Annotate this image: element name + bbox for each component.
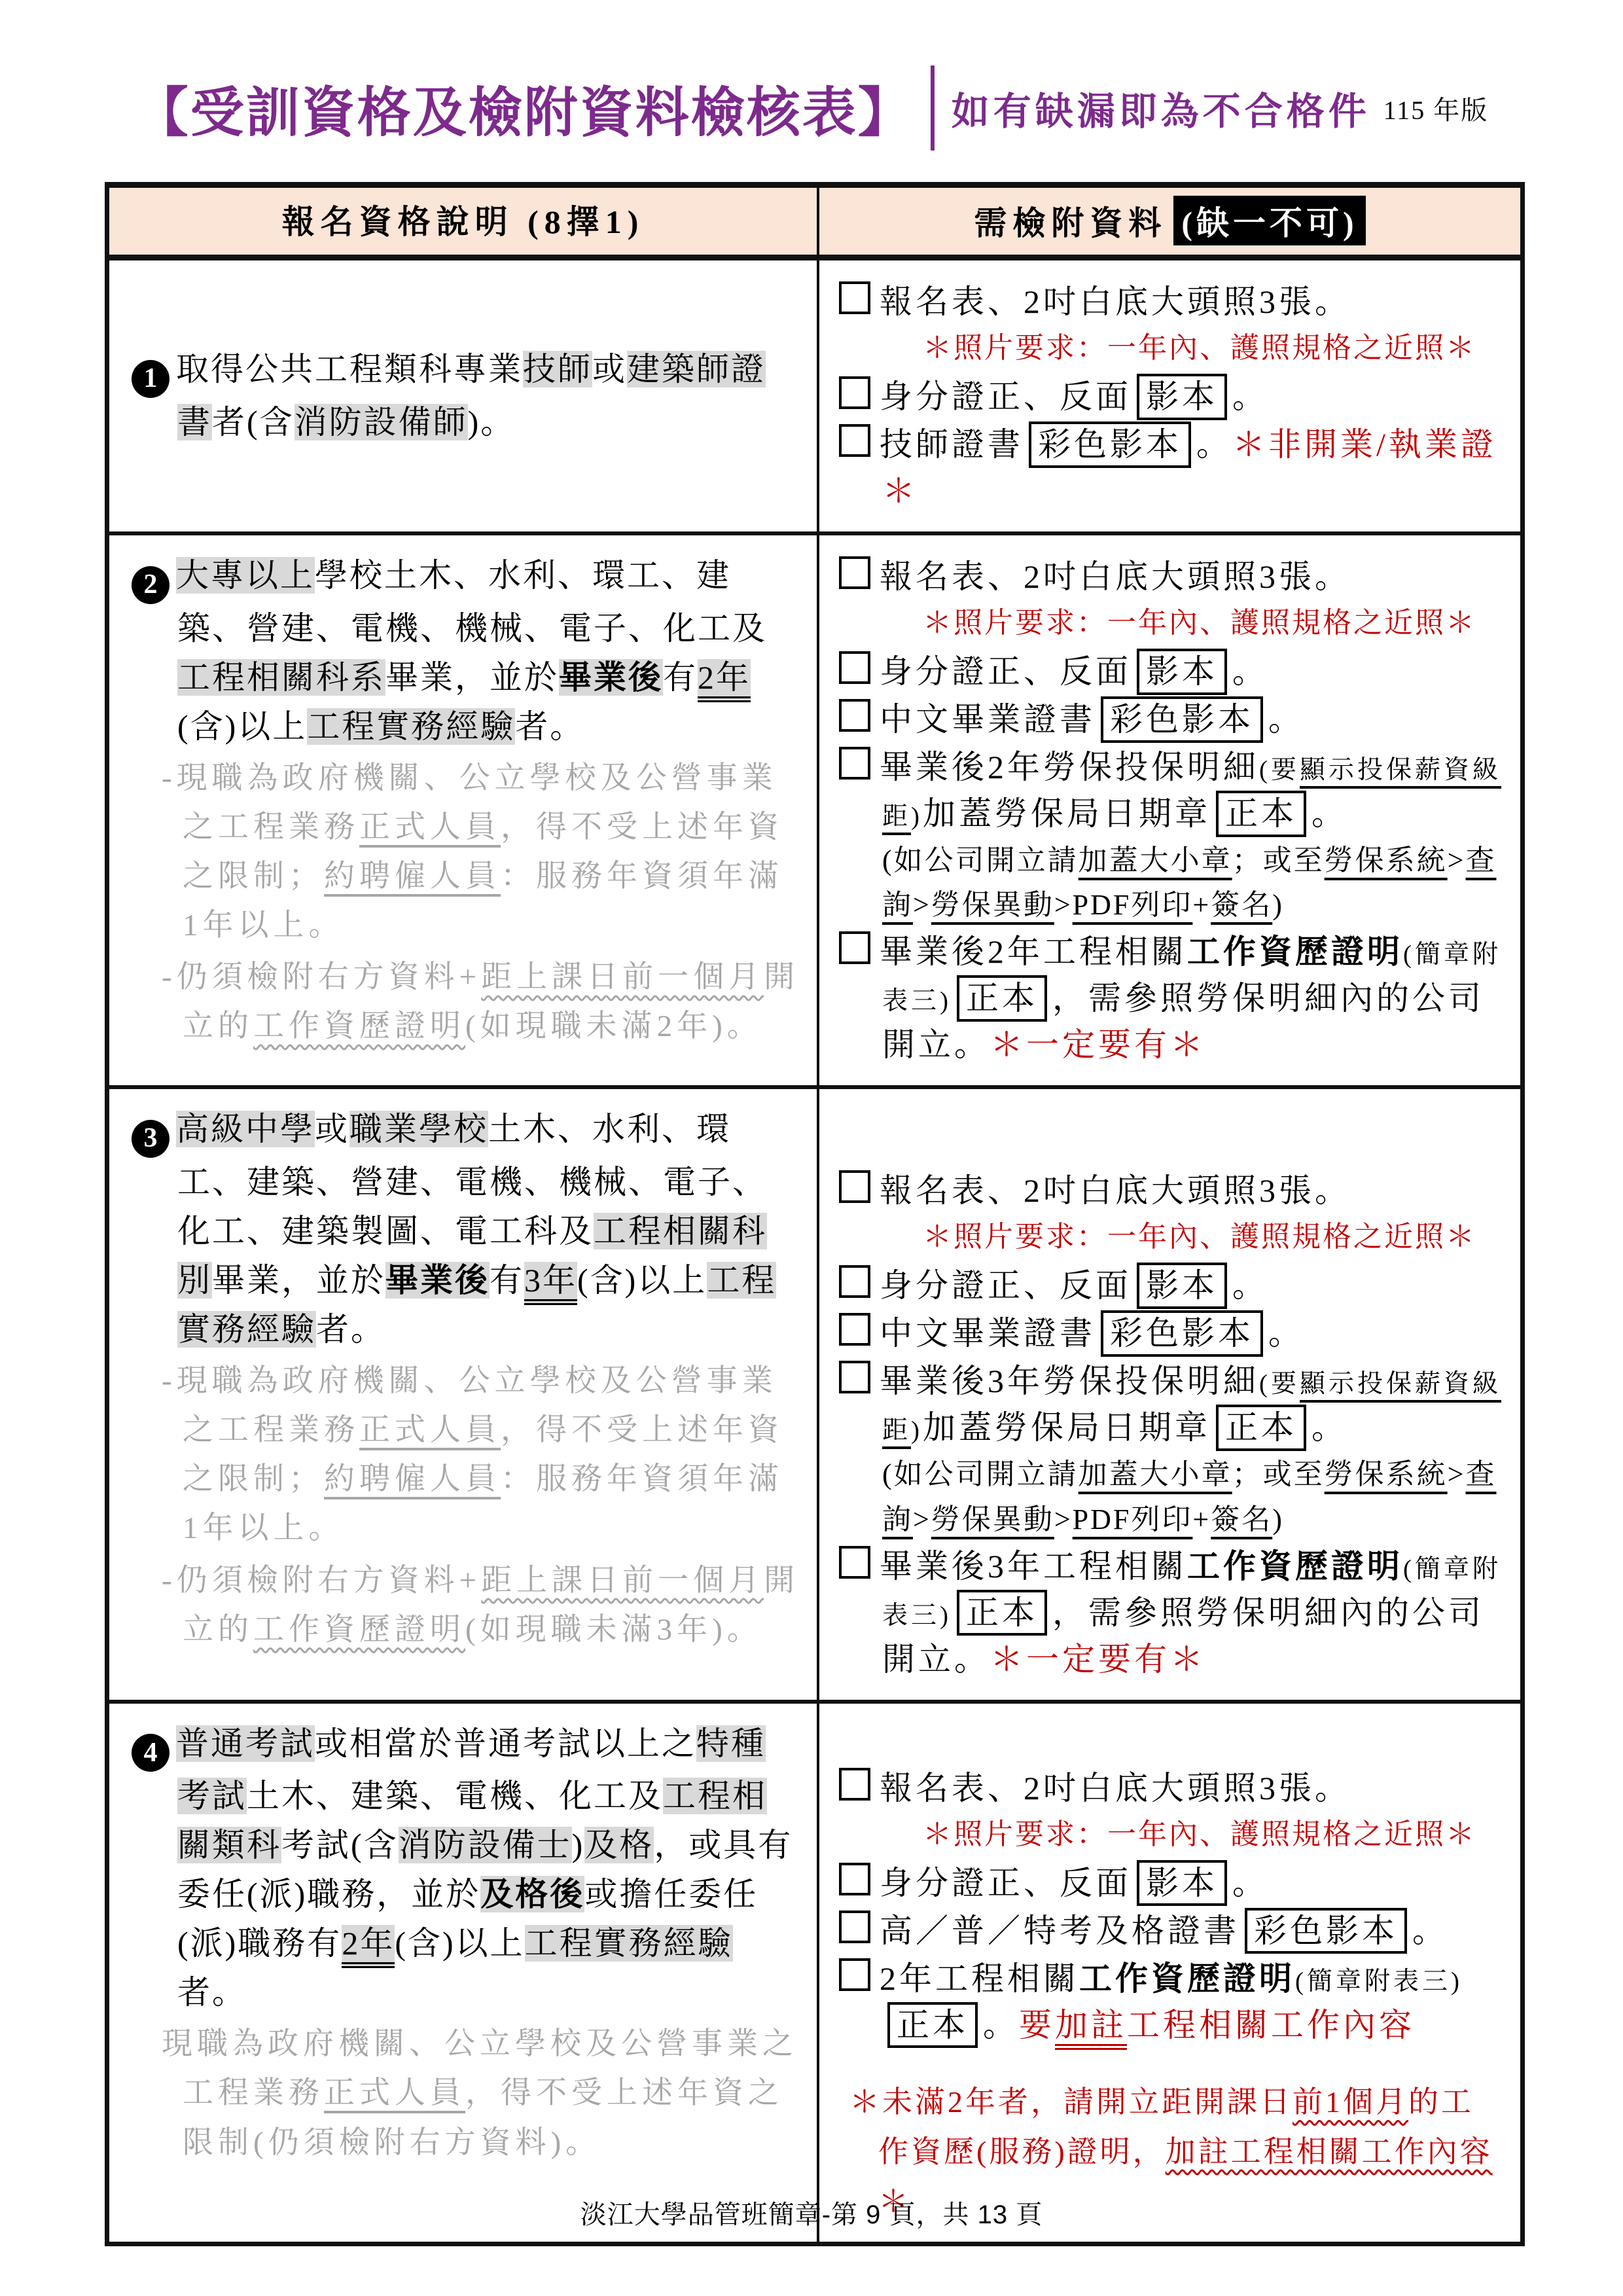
text-segment: 3年	[524, 1262, 577, 1305]
checkbox[interactable]	[839, 376, 870, 409]
text-segment: 距上課日前一個月	[481, 960, 764, 994]
item-number-badge: 4	[132, 1734, 169, 1772]
text-segment: 。	[1232, 1267, 1268, 1304]
version-label: 115 年版	[1383, 90, 1489, 127]
text-segment: 加註	[1055, 2007, 1127, 2050]
text-segment: 職業學校	[349, 1111, 488, 1147]
text-segment: )	[1272, 1503, 1284, 1535]
qualification-note: -現職為政府機關、公立學校及公營事業之工程業務正式人員，得不受上述年資之限制；約…	[132, 754, 800, 951]
text-segment: ；或至	[1232, 1458, 1325, 1490]
checkbox[interactable]	[839, 424, 870, 457]
text-segment: 彩色影本	[1245, 1908, 1407, 1954]
text-segment: 勞保異動	[931, 1503, 1054, 1535]
documents-cell: 報名表、2吋白底大頭照3張。＊照片要求：一年內、護照規格之近照＊身分證正、反面影…	[819, 1704, 1520, 2242]
photo-requirement-note: ＊照片要求：一年內、護照規格之近照＊	[839, 1813, 1503, 1856]
text-segment: (如現職未滿2年)。	[465, 1009, 762, 1043]
checkbox[interactable]	[839, 1546, 870, 1579]
text-segment: PDF列印	[1073, 889, 1193, 921]
text-segment: 勞保系統	[1325, 844, 1448, 876]
text-segment: 技師	[523, 351, 592, 387]
text-segment: 簽名	[1211, 1503, 1272, 1535]
item-number-badge: 1	[132, 360, 169, 398]
text-segment: 影本	[1137, 1263, 1227, 1309]
text-segment: (如現職未滿3年)。	[465, 1613, 762, 1647]
text-segment: 或	[315, 1111, 349, 1147]
text-segment: ；或至	[1232, 844, 1325, 876]
text-segment: 影本	[1137, 1860, 1227, 1907]
qualification-cell: 3高級中學或職業學校土木、水利、環工、建築、營建、電機、機械、電子、化工、建築製…	[109, 1089, 819, 1699]
text-segment: 2年工程相關	[880, 1960, 1079, 1997]
text-segment: (要	[1259, 1370, 1300, 1398]
text-segment: 正式人員	[359, 810, 501, 844]
text-segment: 身分證正、反面	[880, 1865, 1132, 1901]
text-segment: 畢業後	[559, 659, 663, 696]
text-segment: (如公司開立請	[882, 1458, 1079, 1490]
checkbox[interactable]	[839, 1768, 870, 1801]
text-segment: 距上課日前一個月	[481, 1564, 764, 1598]
table-header-row: 報名資格說明 (8擇1) 需檢附資料 (缺一不可)	[109, 188, 1520, 260]
text-segment: 。	[1268, 701, 1304, 738]
text-segment: 中文畢業證書	[880, 701, 1096, 738]
text-segment: ＊未滿2年者，請開立距開課日	[849, 2085, 1293, 2119]
text-segment: 影本	[1137, 649, 1227, 695]
text-segment: 畢業後2年勞保投保明細	[880, 749, 1259, 785]
text-segment: 報名表、2吋白底大頭照3張。	[880, 1770, 1351, 1806]
document-page: 【受訓資格及檢附資料檢核表】 如有缺漏即為不合格件 115 年版 報名資格說明 …	[0, 0, 1623, 2296]
text-segment: 考試(含	[281, 1827, 399, 1863]
text-segment: 工作資歷證明	[253, 1009, 465, 1043]
text-segment: 。	[1412, 1912, 1448, 1949]
text-segment: (如公司開立請	[882, 844, 1079, 876]
text-segment: 2年	[342, 1925, 395, 1968]
text-segment: 2年	[698, 659, 751, 702]
text-segment: 加蓋勞保局日期章	[923, 795, 1211, 832]
text-segment: 工程相關工作內容	[1127, 2007, 1415, 2043]
text-segment: )。	[468, 404, 516, 440]
text-segment: 加註工程相關工作內容	[1166, 2135, 1493, 2168]
documents-cell: 報名表、2吋白底大頭照3張。＊照片要求：一年內、護照規格之近照＊身分證正、反面影…	[819, 1089, 1520, 1699]
text-segment: 畢業後2年工程相關	[880, 933, 1187, 970]
checkbox[interactable]	[839, 1170, 870, 1203]
text-segment: )	[572, 1827, 585, 1863]
text-segment: 約聘僱人員	[324, 859, 501, 893]
text-segment: ＊照片要求：一年內、護照規格之近照＊	[923, 1818, 1476, 1850]
checkbox[interactable]	[839, 1910, 870, 1943]
text-segment: 高／普／特考及格證書	[880, 1912, 1240, 1949]
text-segment: ＊一定要有＊	[990, 1026, 1206, 1063]
text-segment: 要	[1019, 2007, 1055, 2043]
text-segment: 取得公共工程類科專業	[176, 351, 523, 387]
text-segment: 約聘僱人員	[324, 1462, 501, 1496]
text-segment: 。	[983, 2007, 1019, 2043]
text-segment: 。	[1196, 426, 1232, 463]
text-segment: 勞保異動	[931, 889, 1054, 921]
text-segment: 者(含	[212, 404, 294, 440]
text-segment: 身分證正、反面	[880, 378, 1132, 415]
text-segment: 消防設備士	[399, 1827, 572, 1863]
checkbox[interactable]	[839, 1958, 870, 1991]
qualification-note: -仍須檢附右方資料+距上課日前一個月開立的工作資歷證明(如現職未滿3年)。	[132, 1556, 800, 1655]
text-segment: 身分證正、反面	[880, 653, 1132, 690]
text-segment: )	[911, 1416, 923, 1444]
document-checklist-item: 身分證正、反面影本。	[839, 374, 1503, 420]
text-segment: 消防設備師	[294, 404, 468, 440]
photo-requirement-note: ＊照片要求：一年內、護照規格之近照＊	[839, 601, 1503, 645]
text-segment: ＊一定要有＊	[990, 1641, 1206, 1677]
text-segment: 身分證正、反面	[880, 1267, 1132, 1304]
text-segment: 。	[1232, 378, 1268, 415]
text-segment: ＊照片要求：一年內、護照規格之近照＊	[923, 1221, 1476, 1253]
document-checklist-item: 報名表、2吋白底大頭照3張。	[839, 1168, 1503, 1214]
text-segment: ＊照片要求：一年內、護照規格之近照＊	[923, 332, 1476, 364]
document-checklist-item: 畢業後2年工程相關工作資歷證明(簡章附表三)正本，需參照勞保明細內的公司開立。＊…	[839, 929, 1503, 1068]
text-segment: 正本	[1216, 791, 1306, 837]
title-divider	[931, 65, 935, 151]
text-segment: 簽名	[1211, 889, 1272, 921]
document-checklist-item: 中文畢業證書彩色影本。	[839, 1310, 1503, 1357]
text-segment: 勞保系統	[1325, 1458, 1448, 1490]
text-segment: 正式人員	[359, 1413, 501, 1447]
text-segment: 報名表、2吋白底大頭照3張。	[880, 1172, 1351, 1209]
photo-requirement-note: ＊照片要求：一年內、護照規格之近照＊	[839, 1215, 1503, 1259]
text-segment: (含)以上	[177, 708, 307, 745]
text-segment: )	[911, 802, 923, 831]
text-segment: >	[913, 1503, 931, 1535]
qualification-note: -仍須檢附右方資料+距上課日前一個月開立的工作資歷證明(如現職未滿2年)。	[132, 953, 800, 1051]
text-segment: 加蓋大小章	[1079, 1458, 1232, 1490]
document-checklist-item: 報名表、2吋白底大頭照3張。	[839, 554, 1503, 600]
column-header-documents: 需檢附資料 (缺一不可)	[819, 188, 1520, 255]
text-segment: 者。	[515, 708, 584, 745]
text-segment: 彩色影本	[1101, 696, 1263, 743]
text-segment: 影本	[1137, 374, 1227, 420]
qualification-text: 1取得公共工程類科專業技師或建築師證書者(含消防設備師)。	[132, 345, 800, 447]
text-segment: +	[1192, 889, 1211, 921]
checkbox[interactable]	[839, 747, 870, 780]
labor-insurance-sub-note: (如公司開立請加蓋大小章；或至勞保系統>查詢>勞保異動>PDF列印+簽名)	[839, 838, 1503, 927]
text-segment: 中文畢業證書	[880, 1315, 1096, 1352]
text-segment: -仍須檢附右方資料+	[162, 960, 481, 994]
table-body: 1取得公共工程類科專業技師或建築師證書者(含消防設備師)。報名表、2吋白底大頭照…	[109, 260, 1520, 2242]
text-segment: 。	[1311, 795, 1347, 832]
text-segment: 。	[1232, 1865, 1268, 1901]
text-segment: 前1個月	[1293, 2085, 1408, 2119]
text-segment: 者。	[316, 1311, 385, 1348]
text-segment: (含)以上	[395, 1925, 524, 1962]
qualification-row: 2大專以上學校土木、水利、環工、建築、營建、電機、機械、電子、化工及工程相關科系…	[109, 535, 1520, 1089]
text-segment: 者。	[177, 1974, 247, 2011]
text-segment: 或相當於普通考試以上之	[315, 1725, 696, 1762]
text-segment: 大專以上	[176, 557, 315, 594]
text-segment: (簡章附表三)	[1295, 1967, 1463, 1996]
qualification-note: -現職為政府機關、公立學校及公營事業之工程業務正式人員，得不受上述年資之限制；約…	[132, 1357, 800, 1554]
qualification-text: 4普通考試或相當於普通考試以上之特種考試土木、建築、電機、化工及工程相關類科考試…	[132, 1719, 800, 2018]
qualification-text: 3高級中學或職業學校土木、水利、環工、建築、營建、電機、機械、電子、化工、建築製…	[132, 1105, 800, 1354]
text-segment: -仍須檢附右方資料+	[162, 1564, 481, 1598]
page-subtitle: 如有缺漏即為不合格件	[952, 81, 1370, 135]
text-segment: 畢業，並於	[212, 1262, 385, 1299]
document-checklist-item: 高／普／特考及格證書彩色影本。	[839, 1908, 1503, 1954]
document-checklist-item: 報名表、2吋白底大頭照3張。	[839, 279, 1503, 325]
document-checklist-item: 畢業後3年勞保投保明細(要顯示投保薪資級距)加蓋勞保局日期章正本。	[839, 1358, 1503, 1451]
checkbox[interactable]	[839, 1361, 870, 1393]
text-segment: (要	[1259, 756, 1300, 784]
text-segment: 工程實務經驗	[525, 1925, 733, 1962]
text-segment: 。	[1311, 1409, 1347, 1446]
text-segment: ＊照片要求：一年內、護照規格之近照＊	[923, 607, 1476, 639]
qualification-cell: 4普通考試或相當於普通考試以上之特種考試土木、建築、電機、化工及工程相關類科考試…	[109, 1704, 819, 2242]
qualification-cell: 2大專以上學校土木、水利、環工、建築、營建、電機、機械、電子、化工及工程相關科系…	[109, 535, 819, 1085]
item-number-badge: 3	[132, 1120, 169, 1158]
text-segment: 。	[1232, 653, 1268, 690]
text-segment: 及格	[584, 1827, 654, 1863]
text-segment: 。	[1268, 1315, 1304, 1352]
documents-cell: 報名表、2吋白底大頭照3張。＊照片要求：一年內、護照規格之近照＊身分證正、反面影…	[819, 535, 1520, 1085]
text-segment: +	[1192, 1503, 1211, 1535]
text-segment: 高級中學	[176, 1111, 315, 1147]
text-segment: 畢業後3年勞保投保明細	[880, 1363, 1259, 1399]
qualification-row: 3高級中學或職業學校土木、水利、環工、建築、營建、電機、機械、電子、化工、建築製…	[109, 1089, 1520, 1703]
checkbox[interactable]	[839, 1265, 870, 1298]
text-segment: 正式人員	[324, 2076, 465, 2110]
qualification-row: 1取得公共工程類科專業技師或建築師證書者(含消防設備師)。報名表、2吋白底大頭照…	[109, 260, 1520, 535]
text-segment: 正本	[1216, 1405, 1306, 1451]
text-segment: 工程相關科系	[177, 659, 385, 696]
text-segment: 報名表、2吋白底大頭照3張。	[880, 283, 1351, 320]
qualification-table: 報名資格說明 (8擇1) 需檢附資料 (缺一不可) 1取得公共工程類科專業技師或…	[105, 182, 1525, 2246]
text-segment: 技師證書	[880, 426, 1024, 463]
text-segment: 或	[592, 351, 627, 387]
item-number-badge: 2	[132, 566, 169, 604]
text-segment: >	[1448, 1458, 1466, 1490]
text-segment: 有	[663, 659, 698, 696]
checkbox[interactable]	[839, 281, 870, 314]
text-segment: )	[1272, 889, 1284, 921]
text-segment: 正本	[887, 2002, 978, 2049]
text-segment: (含)以上	[577, 1262, 707, 1299]
document-checklist-item: 技師證書彩色影本。＊非開業/執業證＊	[839, 422, 1503, 514]
text-segment: >	[1054, 889, 1073, 921]
text-segment: 工作資歷證明	[1187, 1548, 1403, 1585]
document-checklist-item: 身分證正、反面影本。	[839, 649, 1503, 695]
text-segment: 及格後	[480, 1876, 584, 1912]
text-segment: 工作資歷證明	[1187, 933, 1403, 970]
text-segment: 彩色影本	[1101, 1310, 1263, 1357]
qualification-row: 4普通考試或相當於普通考試以上之特種考試土木、建築、電機、化工及工程相關類科考試…	[109, 1704, 1520, 2242]
checkbox[interactable]	[839, 699, 870, 732]
text-segment: 報名表、2吋白底大頭照3張。	[880, 558, 1351, 595]
qualification-text: 2大專以上學校土木、水利、環工、建築、營建、電機、機械、電子、化工及工程相關科系…	[132, 551, 800, 751]
text-segment: 畢業，並於	[385, 659, 559, 696]
checkbox[interactable]	[839, 931, 870, 964]
text-segment: 彩色影本	[1029, 422, 1191, 468]
text-segment: >	[1054, 1503, 1073, 1535]
checkbox[interactable]	[839, 1863, 870, 1895]
column-header-documents-label: 需檢附資料	[974, 197, 1167, 244]
documents-cell: 報名表、2吋白底大頭照3張。＊照片要求：一年內、護照規格之近照＊身分證正、反面影…	[819, 260, 1520, 531]
labor-insurance-sub-note: (如公司開立請加蓋大小章；或至勞保系統>查詢>勞保異動>PDF列印+簽名)	[839, 1452, 1503, 1541]
page-footer: 淡江大學品管班簡章-第 9 頁，共 13 頁	[0, 2194, 1623, 2231]
checkbox[interactable]	[839, 556, 870, 589]
checkbox[interactable]	[839, 1313, 870, 1346]
document-checklist-item: 身分證正、反面影本。	[839, 1860, 1503, 1907]
text-segment: 畢業後	[385, 1262, 490, 1299]
document-checklist-item: 畢業後3年工程相關工作資歷證明(簡章附表三)正本，需參照勞保明細內的公司開立。＊…	[839, 1543, 1503, 1683]
mandatory-badge: (缺一不可)	[1173, 196, 1365, 245]
document-checklist-item: 畢業後2年勞保投保明細(要顯示投保薪資級距)加蓋勞保局日期章正本。	[839, 744, 1503, 837]
text-segment: 工作資歷證明	[253, 1613, 465, 1647]
document-checklist-item: 2年工程相關工作資歷證明(簡章附表三)正本。要加註工程相關工作內容	[839, 1956, 1503, 2049]
text-segment: 有	[490, 1262, 524, 1299]
document-checklist-item: 中文畢業證書彩色影本。	[839, 696, 1503, 743]
photo-requirement-note: ＊照片要求：一年內、護照規格之近照＊	[839, 327, 1503, 370]
text-segment: 普通考試	[176, 1725, 315, 1762]
text-segment: >	[913, 889, 931, 921]
text-segment: 加蓋勞保局日期章	[923, 1409, 1211, 1446]
text-segment: PDF列印	[1073, 1503, 1193, 1535]
text-segment: 正本	[957, 1590, 1047, 1636]
text-segment: 土木、建築、電機、化工及	[247, 1778, 663, 1814]
qualification-note: 現職為政府機關、公立學校及公營事業之工程業務正式人員，得不受上述年資之限制(仍須…	[132, 2020, 800, 2168]
text-segment: 正本	[957, 975, 1047, 1022]
document-checklist-item: 身分證正、反面影本。	[839, 1263, 1503, 1309]
text-segment: 工程實務經驗	[307, 708, 515, 745]
document-checklist-item: 報名表、2吋白底大頭照3張。	[839, 1765, 1503, 1812]
text-segment: 工作資歷證明	[1079, 1960, 1295, 1997]
column-header-qualification: 報名資格說明 (8擇1)	[109, 188, 819, 255]
page-header: 【受訓資格及檢附資料檢核表】 如有缺漏即為不合格件 115 年版	[0, 65, 1623, 151]
text-segment: 加蓋大小章	[1079, 844, 1232, 876]
text-segment: >	[1448, 844, 1466, 876]
page-title: 【受訓資格及檢附資料檢核表】	[135, 70, 914, 147]
text-segment: 畢業後3年工程相關	[880, 1548, 1187, 1585]
checkbox[interactable]	[839, 651, 870, 684]
qualification-cell: 1取得公共工程類科專業技師或建築師證書者(含消防設備師)。	[109, 260, 819, 531]
